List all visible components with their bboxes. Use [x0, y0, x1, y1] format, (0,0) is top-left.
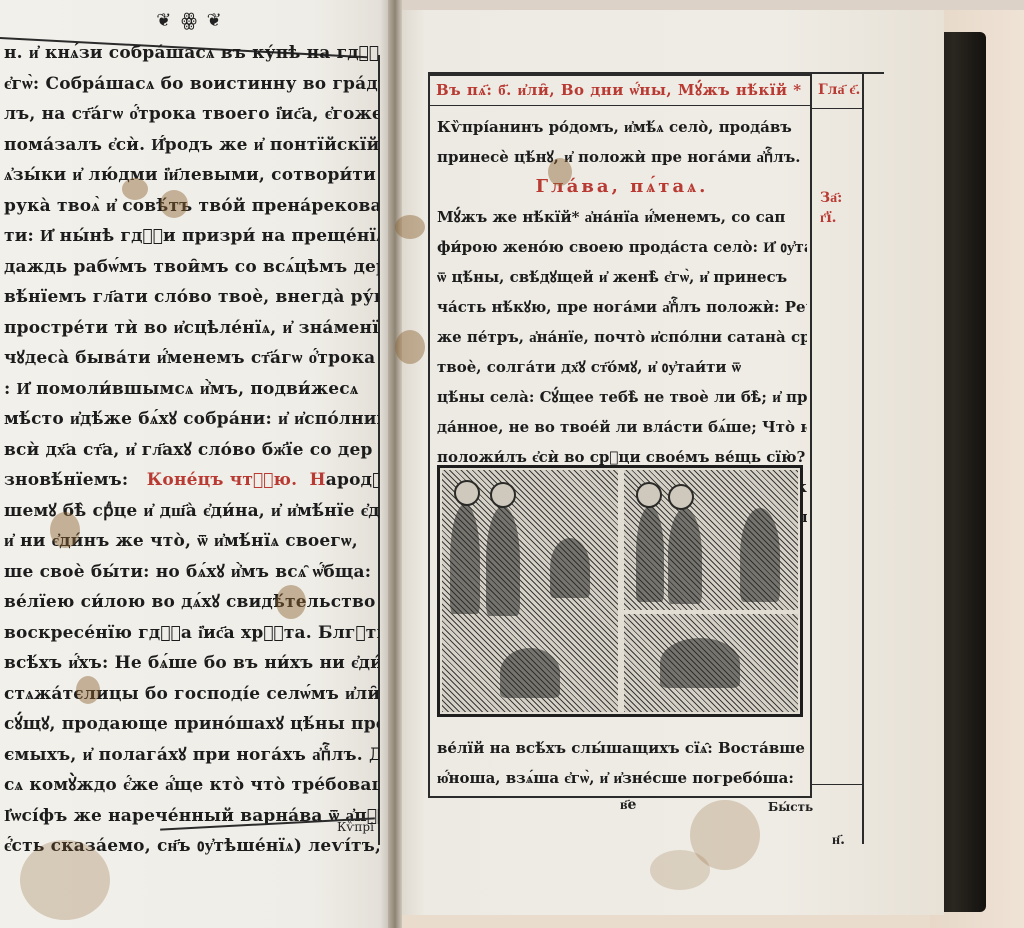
text-line: ю҆́ноша, взѧ́ша є҆гѡ̀, и҆ и҆зне́сше погр… [437, 763, 807, 793]
margin-bottom-rule [812, 784, 862, 785]
text-line: ємыхъ, и҆ полага́хꙋ при нога́хъ а҆пⷭ҇лъ.… [4, 740, 379, 771]
figure-icon [740, 508, 780, 602]
text-line: мѣ́сто и҆дѣ́же бѧ́хꙋ собра́ни: и҆ и҆спо́… [4, 404, 379, 435]
stain [650, 850, 710, 890]
signature-mark: в҃е [620, 797, 636, 814]
text-line: да́нное, не во твое́й ли вла́сти бѧ́ше; … [437, 412, 807, 442]
text-line: ѿ цѣ́ны, свѣ́дꙋщей и҆ женѣ̀ є҆гѡ̀, и҆ пр… [437, 262, 807, 292]
text-line: сѧ комꙋ̀ждо є҆́же а҆́ще кто̀ что̀ тре́бо… [4, 770, 379, 801]
text-line: ти: И҆ ны́нѣ гдⷭ҇и призри́ на преще́нїѧ … [4, 221, 379, 252]
background-strip [395, 0, 1024, 10]
text-line: воскресе́нїю гдⷭ҇а і҆ис҃а хрⷭ҇та. Блгⷣть… [4, 618, 379, 649]
text-line: зновѣ́нїемъ: [4, 470, 128, 490]
margin-zachalo: За҃: г҃ї. [820, 188, 860, 228]
figure-icon [500, 648, 560, 698]
zachalo-number: г҃ї. [820, 208, 860, 228]
figure-icon [486, 506, 520, 616]
text-line: сꙋ́щꙋ, продающе прино́шахꙋ цѣ́ны прода [4, 709, 379, 740]
left-page-text: н. и҆ кнѧ́зи собра́шасѧ въ ку́пѣ на гдⷭ҇… [4, 38, 379, 862]
text-line: рука̀ твоѧ̀ и҆ совѣ́тъ тво́й прена́реков… [4, 191, 379, 222]
text-line: же пе́тръ, а҆на́нїе, почто̀ и҆спо́лни са… [437, 322, 807, 352]
text-line: ве́лїею си́лою во дѧ́хꙋ свидѣ́тельство а… [4, 587, 379, 618]
red-initial: Н [310, 470, 326, 490]
margin-chapter-number: Гла҃ є҃. [818, 82, 860, 99]
halo-icon [668, 484, 694, 510]
rubric-line: зновѣ́нїемъ: Коне́цъ чтⷷ҇ю. Народꙋ же вѣ… [4, 465, 379, 496]
rubric-end-of-reading: Коне́цъ чтⷷ҇ю. [147, 470, 298, 490]
text-line: пома́залъ є҆сѝ. И҆́родъ же и҆ понтїйскїй… [4, 130, 379, 161]
chapter-title: Гла́ва, пѧ́таѧ. [437, 172, 807, 202]
halo-icon [454, 480, 480, 506]
text-line: всѝ дх҃а ст҃а, и҆ гл҃ахꙋ сло́во бж҃їе со… [4, 435, 379, 466]
book-gutter [388, 0, 402, 928]
text-line: є҆гѡ̀: Собра́шасѧ бо воистинну во гра́дѣ [4, 69, 379, 100]
figure-icon [660, 638, 740, 688]
stain [20, 840, 110, 920]
stain [122, 178, 148, 200]
text-line: ѧ҆зы́ки и҆ лю́дми і҆и҃левыми, сотвори́ти… [4, 160, 379, 191]
text-line: принесѐ цѣ́нꙋ, и҆ положѝ пре нога́ми а҆п… [437, 142, 807, 172]
catchword: Бы́сть [768, 800, 813, 814]
stain [160, 190, 188, 218]
header-rule [430, 105, 810, 106]
text-line: стѧжа́тєлицы бо господі́е селѡ́мъ и҆ли̑ … [4, 679, 379, 710]
text-line: даждь рабѡ́мъ твои̑мъ со всѧ́цѣмъ дерзно [4, 252, 379, 283]
running-head: Въ пѧ҃: б҃. и҆ли̑, Во дни ѡ҆́ны, Мꙋ́жъ н… [436, 80, 812, 100]
text-line: ча́сть нѣ́кꙋю, пре нога́ми а҆пⷭ҇лъ полож… [437, 292, 807, 322]
text-line: лъ, на ст҃а́гѡ о҆́трока твоего і҆ис҃а, є… [4, 99, 379, 130]
zachalo-label: За҃: [820, 188, 860, 208]
text-line: простре́ти тѝ во и҆сцѣле́нїѧ, и҆ зна́мен… [4, 313, 379, 344]
halo-icon [490, 482, 516, 508]
folio-number: н҃. [832, 832, 845, 849]
text-line: цѣ́ны села̀: Сꙋ́щее тебѣ̀ не твоѐ ли бѣ̀… [437, 382, 807, 412]
text-line: н. и҆ кнѧ́зи собра́шасѧ въ ку́пѣ на гдⷭ҇… [4, 38, 379, 69]
stain [395, 330, 425, 364]
figure-icon [550, 538, 590, 598]
text-line: вѣ́нїемъ гл҃ати сло́во твоѐ, внегда̀ ру́… [4, 282, 379, 313]
text-line: Кѷпрі́анинъ ро́домъ, и҆мѣ́ѧ село̀, прода… [437, 112, 807, 142]
text-line: всѣ́хъ и҆́хъ: Не бѧ́ше бо въ ни́хъ ни є҆… [4, 648, 379, 679]
figure-icon [636, 506, 664, 602]
text-line: твоѐ, солга́ти дх҃ꙋ ст҃о́мꙋ, и҆ ᲂу҆таи́т… [437, 352, 807, 382]
text-line: ародꙋ же вѣ́ро [326, 470, 379, 490]
text-line: : И҆ помоли́вшымсѧ и҆̀мъ, подви́жесѧ [4, 374, 379, 405]
stain [395, 215, 425, 239]
right-page-text-bottom: ве́лїй на всѣ́хъ слы́шащихъ сїѧ̑: Воста́… [437, 733, 807, 793]
text-line: Мꙋ́жъ же нѣ́кїй* а҆на́нїа и҆́менемъ, со … [437, 202, 807, 232]
text-line: ше своѐ бы́ти: но бѧ́хꙋ и҆̀мъ всѧ̑ ѡ҆́бщ… [4, 557, 379, 588]
figure-icon [450, 504, 480, 614]
stain [76, 676, 100, 704]
figure-icon [668, 508, 702, 604]
woodcut-illustration [437, 465, 803, 717]
halo-icon [636, 482, 662, 508]
text-line: чꙋдеса̀ быва́ти и҆́менемъ ст҃а́гѡ о҆́тро… [4, 343, 379, 374]
stain [548, 158, 572, 186]
text-line: ве́лїй на всѣ́хъ слы́шащихъ сїѧ̑: Воста́… [437, 733, 807, 763]
text-line: фи́рою жено́ю своею прода́ста село̀: И҆ … [437, 232, 807, 262]
margin-rule [812, 108, 862, 109]
catchword: Кѷпрі [337, 820, 374, 834]
stain [276, 585, 306, 619]
headpiece-ornament-icon: ❦ ꙮ ❦ [150, 10, 230, 34]
stain [50, 512, 80, 548]
